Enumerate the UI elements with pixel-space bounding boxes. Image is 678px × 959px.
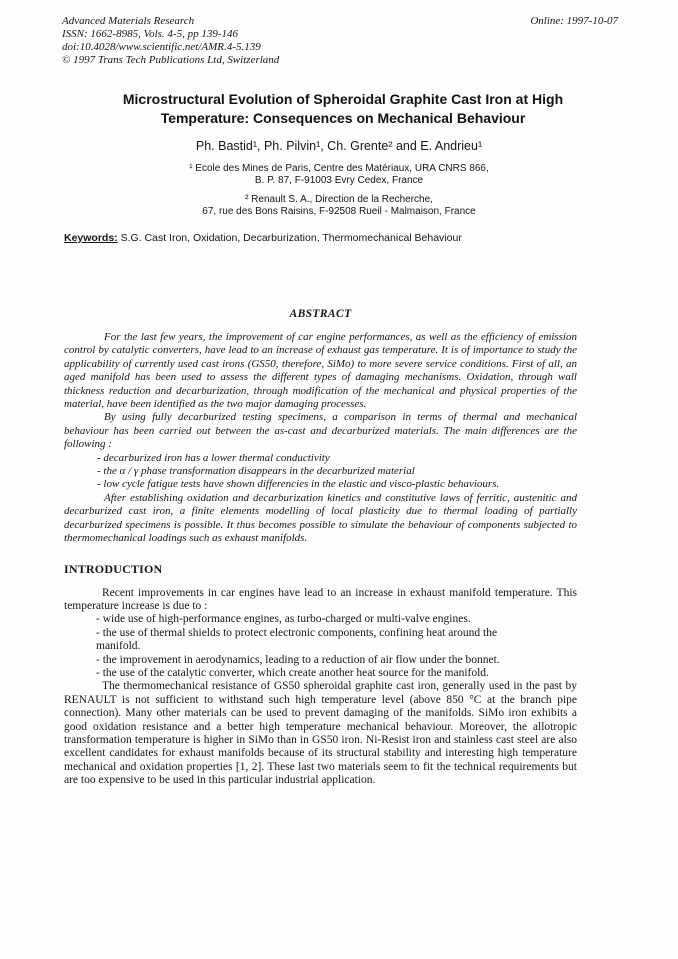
paper-title: Microstructural Evolution of Spheroidal … xyxy=(78,90,608,128)
introduction-bullet-3: - the improvement in aerodynamics, leadi… xyxy=(96,654,577,667)
abstract-bullet-2: - the α / γ phase transformation disappe… xyxy=(97,465,577,478)
front-matter: Microstructural Evolution of Spheroidal … xyxy=(0,90,678,218)
introduction-paragraph-1: Recent improvements in car engines have … xyxy=(64,587,577,614)
introduction-bullet-2: - the use of thermal shields to protect … xyxy=(96,627,577,654)
affiliation-1-line-2: B. P. 87, F-91003 Evry Cedex, France xyxy=(0,175,678,187)
copyright-line: © 1997 Trans Tech Publications Ltd, Swit… xyxy=(62,54,279,67)
keywords-text: S.G. Cast Iron, Oxidation, Decarburizati… xyxy=(118,232,462,244)
body-column: ABSTRACT For the last few years, the imp… xyxy=(64,308,577,788)
abstract-paragraph-3: After establishing oxidation and decarbu… xyxy=(64,492,577,546)
journal-header-left: Advanced Materials Research ISSN: 1662-8… xyxy=(62,15,279,67)
abstract-body: For the last few years, the improvement … xyxy=(64,331,577,546)
introduction-bullet-4: - the use of the catalytic converter, wh… xyxy=(96,667,577,680)
paper-page: Advanced Materials Research ISSN: 1662-8… xyxy=(0,0,678,959)
abstract-heading: ABSTRACT xyxy=(64,308,577,320)
online-date: Online: 1997-10-07 xyxy=(530,15,618,28)
introduction-heading: INTRODUCTION xyxy=(64,562,577,577)
affiliation-1: ¹ Ecole des Mines de Paris, Centre des M… xyxy=(0,163,678,187)
issn-line: ISSN: 1662-8985, Vols. 4-5, pp 139-146 xyxy=(62,28,279,41)
abstract-paragraph-1: For the last few years, the improvement … xyxy=(64,331,577,411)
introduction-bullet-1: - wide use of high-performance engines, … xyxy=(96,613,577,626)
affiliation-1-line-1: ¹ Ecole des Mines de Paris, Centre des M… xyxy=(0,163,678,175)
introduction-paragraph-2: The thermomechanical resistance of GS50 … xyxy=(64,680,577,787)
keywords-label: Keywords: xyxy=(64,232,118,244)
journal-header: Advanced Materials Research ISSN: 1662-8… xyxy=(0,0,678,67)
journal-name: Advanced Materials Research xyxy=(62,15,279,28)
introduction-body: Recent improvements in car engines have … xyxy=(64,587,577,788)
abstract-bullet-3: - low cycle fatigue tests have shown dif… xyxy=(97,478,577,491)
affiliation-2: ² Renault S. A., Direction de la Recherc… xyxy=(0,194,678,218)
authors-line: Ph. Bastid¹, Ph. Pilvin¹, Ch. Grente² an… xyxy=(0,139,678,154)
abstract-bullet-1: - decarburized iron has a lower thermal … xyxy=(97,452,577,465)
affiliation-2-line-2: 67, rue des Bons Raisins, F-92508 Rueil … xyxy=(0,206,678,218)
keywords-line: Keywords: S.G. Cast Iron, Oxidation, Dec… xyxy=(64,232,614,245)
affiliation-2-line-1: ² Renault S. A., Direction de la Recherc… xyxy=(0,194,678,206)
abstract-paragraph-2: By using fully decarburized testing spec… xyxy=(64,411,577,451)
doi-line: doi:10.4028/www.scientific.net/AMR.4-5.1… xyxy=(62,41,279,54)
